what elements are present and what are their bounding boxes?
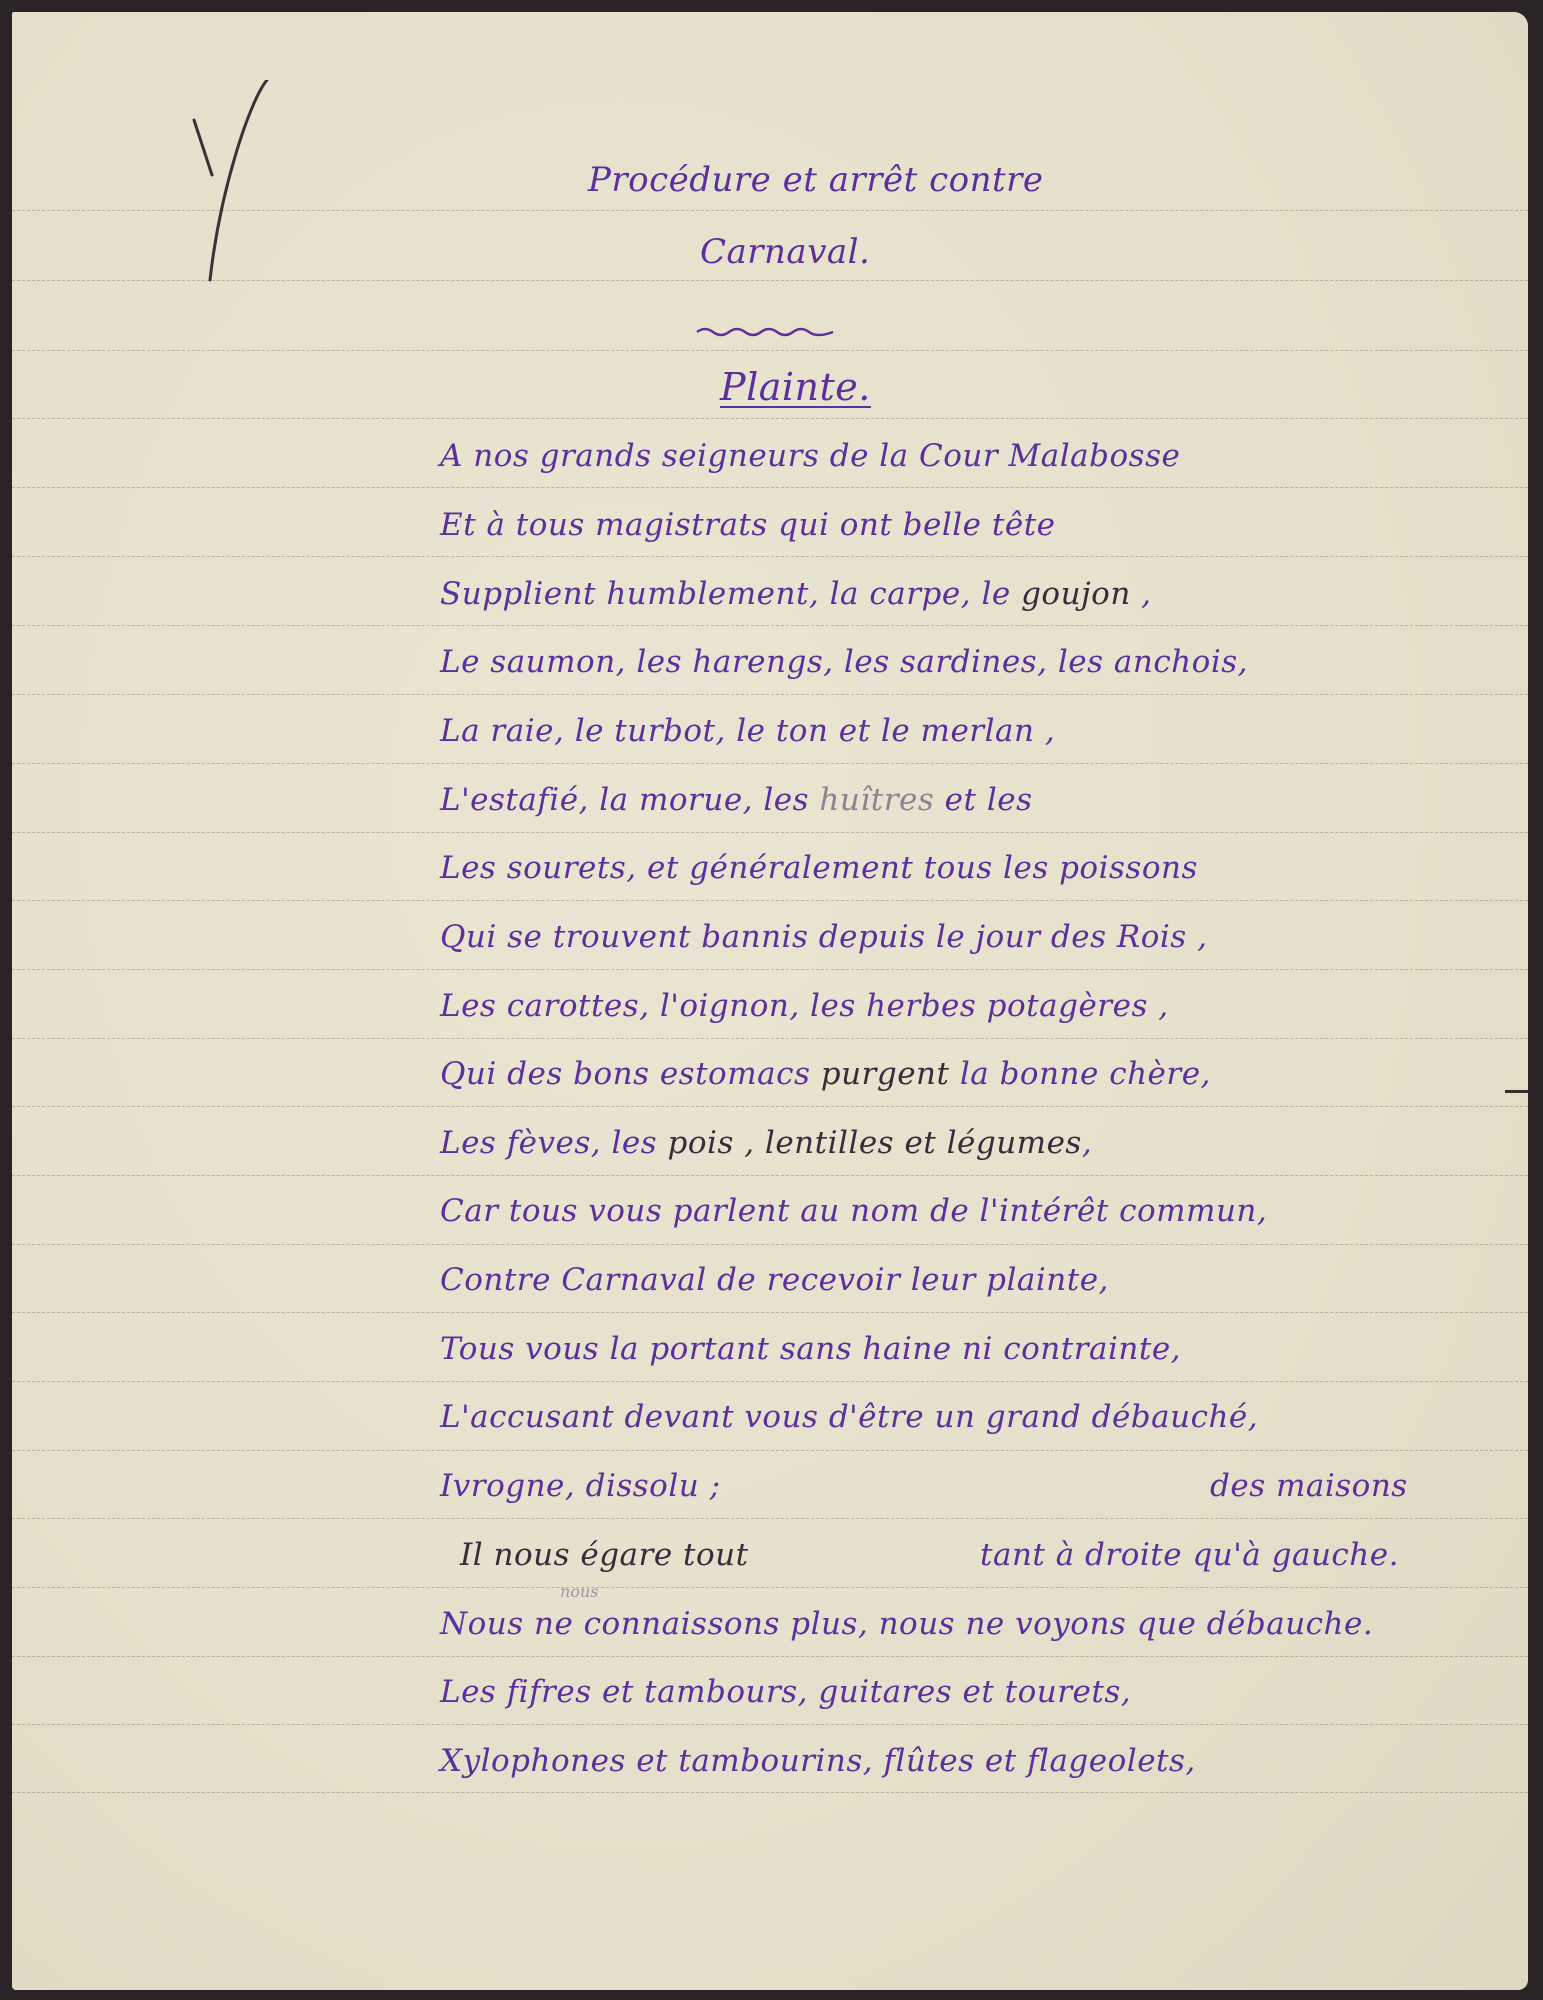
verse-text: Qui des bons estomacs	[440, 1056, 821, 1092]
ruled-line	[12, 694, 1528, 695]
verse-line-16: Ivrogne, dissolu ;	[440, 1468, 721, 1504]
ruled-line	[12, 1175, 1528, 1176]
ruled-line	[12, 625, 1528, 626]
margin-check-mark-icon	[190, 80, 280, 290]
verse-line-14: Tous vous la portant sans haine ni contr…	[440, 1331, 1181, 1367]
ruled-line	[12, 1381, 1528, 1382]
ruled-line	[12, 900, 1528, 901]
ruled-line	[12, 969, 1528, 970]
verse-line-6: L'estafié, la morue, les huîtres et les	[440, 782, 1033, 818]
verse-line-5: La raie, le turbot, le ton et le merlan …	[440, 713, 1055, 749]
ruled-line	[12, 350, 1528, 351]
verse-line-1: A nos grands seigneurs de la Cour Malabo…	[440, 438, 1180, 474]
verse-line-16-right: des maisons	[1210, 1468, 1408, 1504]
verse-text: et les	[934, 782, 1032, 818]
verse-line-2: Et à tous magistrats qui ont belle tête	[440, 507, 1056, 543]
ruled-line	[12, 1038, 1528, 1039]
verse-line-18: Nous ne connaissons plus, nous ne voyons…	[440, 1606, 1373, 1642]
verse-line-8: Qui se trouvent bannis depuis le jour de…	[440, 919, 1207, 955]
verse-line-9: Les carottes, l'oignon, les herbes potag…	[440, 988, 1169, 1024]
verse-text: Les fèves, les	[440, 1125, 668, 1161]
pencil-correction-note: nous	[560, 1582, 598, 1601]
verse-line-7: Les sourets, et généralement tous les po…	[440, 850, 1198, 886]
verse-text: Supplient humblement, la carpe, le	[440, 576, 1021, 612]
verse-line-10: Qui des bons estomacs purgent la bonne c…	[440, 1056, 1211, 1092]
ruled-line	[12, 1450, 1528, 1451]
verse-line-19: Les fifres et tambours, guitares et tour…	[440, 1674, 1131, 1710]
verse-line-17-right: tant à droite qu'à gauche.	[980, 1537, 1399, 1573]
verse-line-12: Car tous vous parlent au nom de l'intérê…	[440, 1193, 1267, 1229]
ruled-line	[12, 1106, 1528, 1107]
ruled-line	[12, 1656, 1528, 1657]
ruled-line	[12, 1724, 1528, 1725]
ruled-line	[12, 1312, 1528, 1313]
verse-line-15: L'accusant devant vous d'être un grand d…	[440, 1399, 1258, 1435]
pencil-insertion: huîtres	[819, 782, 934, 818]
document-subject: Carnaval.	[700, 232, 870, 272]
page-edge-tear	[1505, 1090, 1528, 1093]
dark-ink-insertion: purgent	[821, 1056, 950, 1092]
ruled-line	[12, 1518, 1528, 1519]
verse-punctuation: ,	[1082, 1125, 1092, 1161]
verse-line-3: Supplient humblement, la carpe, le goujo…	[440, 576, 1152, 612]
title-divider-ornament	[695, 322, 835, 340]
verse-line-11: Les fèves, les pois , lentilles et légum…	[440, 1125, 1092, 1161]
ruled-line	[12, 556, 1528, 557]
verse-text: la bonne chère,	[949, 1056, 1210, 1092]
ruled-line	[12, 1587, 1528, 1588]
ruled-line	[12, 1244, 1528, 1245]
verse-text: L'estafié, la morue, les	[440, 782, 819, 818]
verse-line-4: Le saumon, les harengs, les sardines, le…	[440, 644, 1248, 680]
ruled-line	[12, 418, 1528, 419]
ruled-line	[12, 1792, 1528, 1793]
verse-line-20: Xylophones et tambourins, flûtes et flag…	[440, 1743, 1196, 1779]
verse-line-17: Il nous égare tout	[460, 1537, 749, 1573]
verse-punctuation: ,	[1131, 576, 1152, 612]
ruled-line	[12, 832, 1528, 833]
ruled-line	[12, 487, 1528, 488]
section-heading: Plainte.	[720, 365, 871, 409]
dark-ink-insertion: pois , lentilles et légumes	[668, 1125, 1082, 1161]
verse-line-13: Contre Carnaval de recevoir leur plainte…	[440, 1262, 1109, 1298]
document-title: Procédure et arrêt contre	[588, 160, 1044, 200]
ruled-line	[12, 763, 1528, 764]
dark-ink-insertion: goujon	[1021, 576, 1131, 612]
